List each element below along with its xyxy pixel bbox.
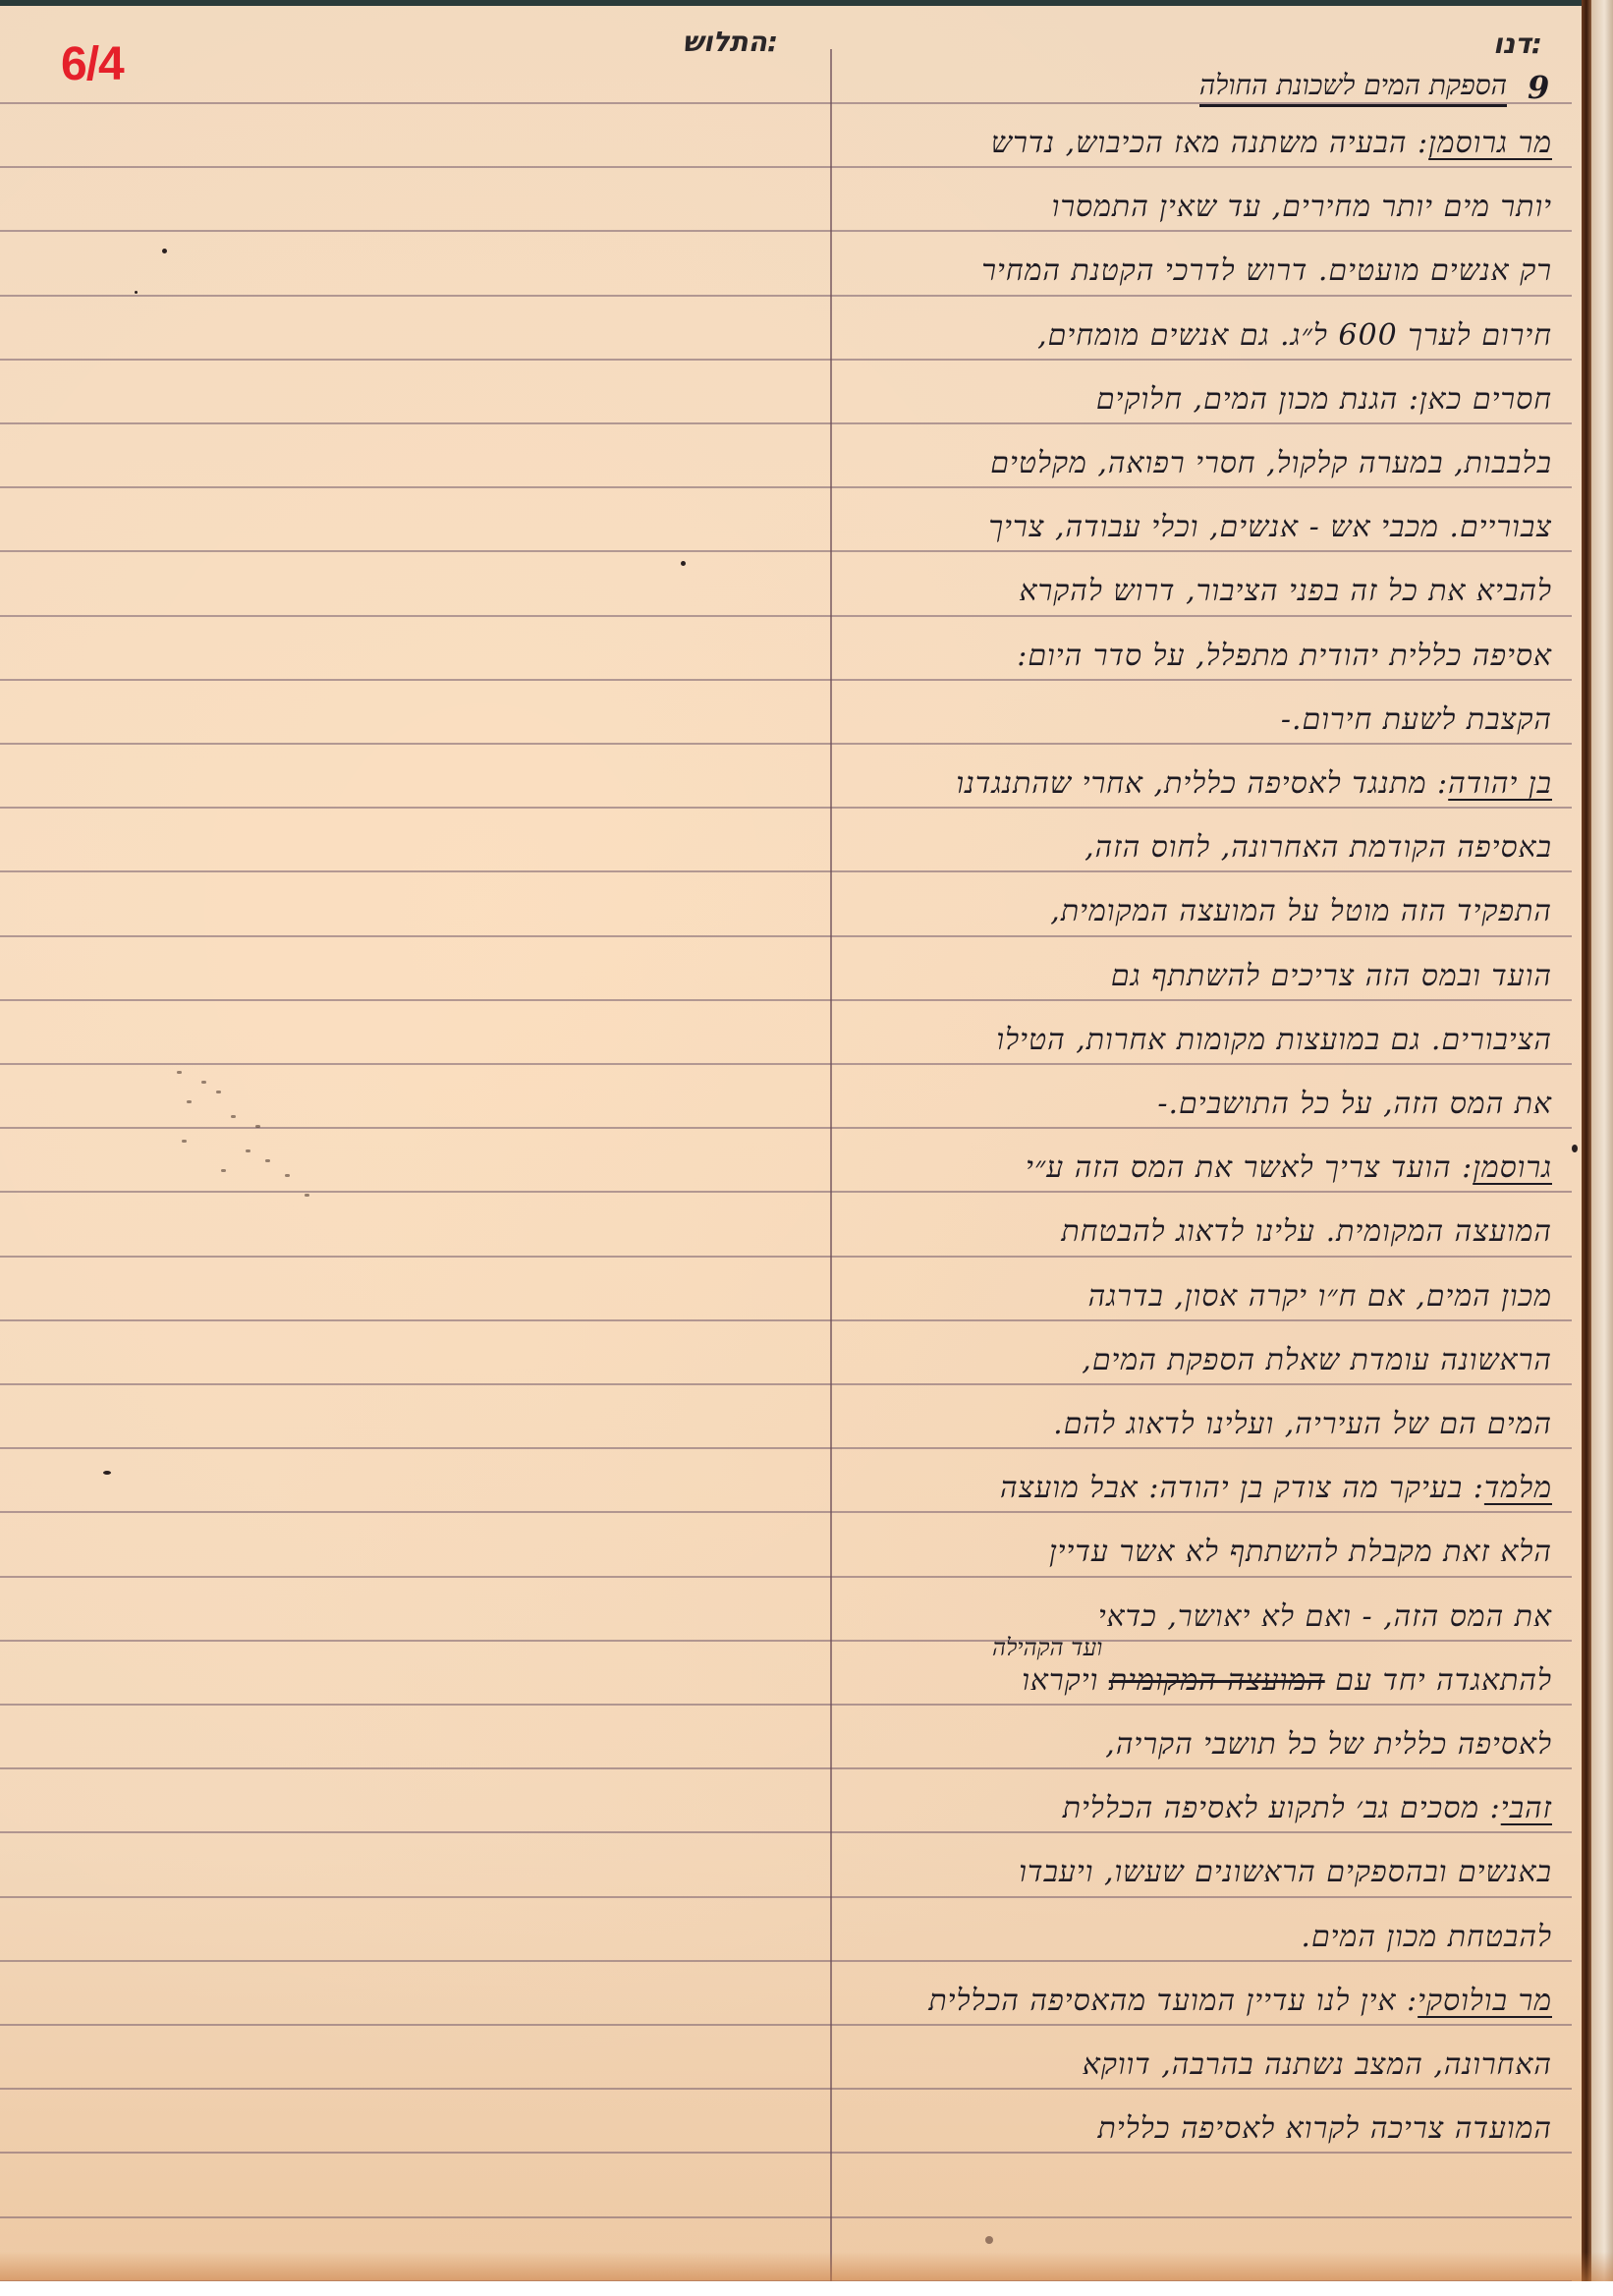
column-divider	[830, 49, 832, 2281]
line-text: המועצה המקומית. עלינו לדאוג להבטחת	[1061, 1214, 1552, 1249]
line-text: בלבבות, במערה קלקול, חסרי רפואה, מקלטים	[990, 446, 1552, 480]
ruled-line	[0, 1831, 1572, 1833]
ruled-line	[0, 999, 1572, 1001]
inserted-correction: ועד הקהילה	[992, 1634, 1102, 1662]
agenda-item-title: הספקת המים לשכונת החולה	[1199, 69, 1507, 107]
line-text: המועדה צריכה לקרוא לאסיפה כללית	[1098, 2111, 1552, 2146]
minutes-line: להביא את כל זה בפני הציבור, דרוש להקרא	[1019, 574, 1552, 608]
line-text: לאסיפה כללית של כל תושבי הקריה,	[1105, 1727, 1552, 1762]
ruled-line	[0, 1447, 1572, 1449]
ruled-line	[0, 1640, 1572, 1642]
ruled-line	[0, 486, 1572, 488]
binding-edge	[1591, 0, 1613, 2281]
ruled-line	[0, 359, 1572, 361]
minutes-line: התפקיד הזה מוטל על המועצה המקומית,	[1050, 894, 1552, 928]
ruled-line	[0, 1896, 1572, 1898]
line-text: להתאגדה יחד עם	[1325, 1663, 1552, 1698]
speaker-name: מר גרוסמן	[1428, 126, 1552, 160]
minutes-line: הלא זאת מקבלת להשתתף לא אשר עדיין	[1049, 1535, 1552, 1569]
notebook-spine	[1582, 0, 1591, 2281]
line-text: באסיפה הקודמת האחרונה, לחוס הזה,	[1085, 830, 1552, 865]
speaker-name: זהבי	[1501, 1791, 1552, 1825]
ruled-line	[0, 935, 1572, 937]
minutes-line: המים הם של העיריה, ועלינו לדאוג להם.	[1053, 1407, 1552, 1441]
line-text: את המס הזה, על כל התושבים.-	[1157, 1087, 1552, 1121]
ruled-line	[0, 743, 1572, 745]
minutes-line: חירום לערך 600 ל״ג. גם אנשים מומחים,	[1037, 318, 1552, 353]
line-text: חירום לערך 600 ל״ג. גם אנשים מומחים,	[1037, 318, 1552, 353]
ink-speck	[162, 249, 167, 253]
ruled-line	[0, 295, 1572, 297]
ink-speck	[135, 291, 138, 294]
line-text: האחרונה, המצב נשתנה בהרבה, דווקא	[1083, 2047, 1552, 2082]
line-text: : מתנגד לאסיפה כללית, אחרי שהתנגדנו	[956, 766, 1448, 801]
scan-top-edge	[0, 0, 1613, 6]
ink-speck	[985, 2236, 993, 2244]
minutes-line: מכון המים, אם ח״ו יקרה אסון, בדרגה	[1088, 1279, 1552, 1314]
minutes-line: באנשים ובהספקים הראשונים שעשו, ויעבדו	[1019, 1855, 1552, 1889]
line-text: יותר מים יותר מחירים, עד שאין התמסרו	[1052, 190, 1552, 224]
struck-out-text: המועצה המקומית	[1109, 1663, 1325, 1698]
ruled-line	[0, 807, 1572, 809]
ruled-line	[0, 1960, 1572, 1962]
line-text: הועד ובמס הזה צריכים להשתתף גם	[1111, 959, 1552, 993]
ruled-line	[0, 1576, 1572, 1578]
line-text: חסרים כאן: הגנת מכון המים, חלוקים	[1096, 382, 1552, 417]
line-text: : מסכים גב׳ לתקוע לאסיפה הכללית	[1063, 1791, 1501, 1825]
ruled-line	[0, 1256, 1572, 1258]
page-label: 6/4	[61, 37, 124, 91]
minutes-line: הראשונה עומדת שאלת הספקת המים,	[1082, 1343, 1552, 1377]
ink-speck	[681, 561, 686, 566]
line-text: אסיפה כללית יהודית מתפלל, על סדר היום:	[1017, 639, 1552, 673]
agenda-item-number: 9	[1528, 69, 1549, 106]
minutes-line: רק אנשים מועטים. דרוש לדרכי הקטנת המחיר	[981, 253, 1552, 288]
line-text: באנשים ובהספקים הראשונים שעשו, ויעבדו	[1019, 1855, 1552, 1889]
line-text: להבטחת מכון המים.	[1301, 1920, 1552, 1954]
ruled-line	[0, 1511, 1572, 1513]
minutes-line: מר בולוסקי: אין לנו עדיין המועד מהאסיפה …	[928, 1984, 1552, 2018]
minutes-line: את המס הזה, על כל התושבים.-	[1157, 1087, 1552, 1121]
ink-speck	[103, 1471, 111, 1475]
minutes-line: האחרונה, המצב נשתנה בהרבה, דווקא	[1083, 2047, 1552, 2082]
line-text: הציבורים. גם במועצות מקומות אחרות, הטילו	[996, 1023, 1552, 1057]
minutes-line: בן יהודה: מתנגד לאסיפה כללית, אחרי שהתנג…	[956, 766, 1552, 801]
line-text: : בעיקר מה צודק בן יהודה: אבל מועצה	[1000, 1471, 1484, 1505]
ruled-line	[0, 615, 1572, 617]
line-text: : הבעיה משתנה מאז הכיבוש, נדרש	[991, 126, 1428, 160]
speaker-name: בן יהודה	[1448, 766, 1552, 801]
ruled-line	[0, 2216, 1572, 2218]
ink-speck-cluster	[147, 1061, 344, 1218]
ruled-line	[0, 1383, 1572, 1385]
ruled-line	[0, 1767, 1572, 1769]
line-text: : הועד צריך לאשר את המס הזה ע״י	[1026, 1150, 1473, 1185]
minutes-line: את המס הזה, - ואם לא יאושר, כדאי	[1098, 1599, 1552, 1634]
line-text: ויקראו	[1022, 1663, 1109, 1698]
ruled-line	[0, 679, 1572, 681]
minutes-line: המועצה המקומית. עלינו לדאוג להבטחת	[1061, 1214, 1552, 1249]
ruled-line	[0, 550, 1572, 552]
minutes-line: לאסיפה כללית של כל תושבי הקריה,	[1105, 1727, 1552, 1762]
ruled-line	[0, 422, 1572, 424]
minutes-line: גרוסמן: הועד צריך לאשר את המס הזה ע״י	[1026, 1150, 1552, 1185]
ruled-line	[0, 2024, 1572, 2026]
ink-speck	[1572, 1145, 1578, 1152]
line-text: להביא את כל זה בפני הציבור, דרוש להקרא	[1019, 574, 1552, 608]
minutes-line: יותר מים יותר מחירים, עד שאין התמסרו	[1052, 190, 1552, 224]
minutes-line: מר גרוסמן: הבעיה משתנה מאז הכיבוש, נדרש	[991, 126, 1552, 160]
line-text: צבוריים. מכבי אש - אנשים, וכלי עבודה, צר…	[988, 510, 1552, 544]
minutes-line: הקצבת לשעת חירום.-	[1281, 702, 1552, 737]
line-text: הקצבת לשעת חירום.-	[1281, 702, 1552, 737]
line-text: את המס הזה, - ואם לא יאושר, כדאי	[1098, 1599, 1552, 1634]
line-text: התפקיד הזה מוטל על המועצה המקומית,	[1050, 894, 1552, 928]
notebook-page: 6/4 :התלוש :דנו 9 הספקת המים לשכונת החול…	[0, 0, 1613, 2281]
ruled-line	[0, 870, 1572, 872]
minutes-line: הציבורים. גם במועצות מקומות אחרות, הטילו	[996, 1023, 1552, 1057]
minutes-line: בלבבות, במערה קלקול, חסרי רפואה, מקלטים	[990, 446, 1552, 480]
right-column-header: :דנו	[1493, 28, 1542, 60]
ruled-line	[0, 1704, 1572, 1706]
ruled-line	[0, 1319, 1572, 1321]
ruled-line	[0, 230, 1572, 232]
ruled-line	[0, 2152, 1572, 2154]
minutes-line: צבוריים. מכבי אש - אנשים, וכלי עבודה, צר…	[988, 510, 1552, 544]
minutes-line: באסיפה הקודמת האחרונה, לחוס הזה,	[1085, 830, 1552, 865]
line-text: : אין לנו עדיין המועד מהאסיפה הכללית	[928, 1984, 1418, 2018]
minutes-line: המועדה צריכה לקרוא לאסיפה כללית	[1098, 2111, 1552, 2146]
line-text: הלא זאת מקבלת להשתתף לא אשר עדיין	[1049, 1535, 1552, 1569]
speaker-name: מר בולוסקי	[1418, 1984, 1552, 2018]
line-text: רק אנשים מועטים. דרוש לדרכי הקטנת המחיר	[981, 253, 1552, 288]
ruled-line	[0, 2280, 1572, 2281]
minutes-line: להתאגדה יחד עם המועצה המקומית ויקראו	[1022, 1663, 1552, 1698]
left-column-header: :התלוש	[683, 26, 778, 58]
speaker-name: מלמד	[1484, 1471, 1552, 1505]
speaker-name: גרוסמן	[1473, 1150, 1552, 1185]
ruled-line	[0, 2088, 1572, 2090]
line-text: הראשונה עומדת שאלת הספקת המים,	[1082, 1343, 1552, 1377]
minutes-line: מלמד: בעיקר מה צודק בן יהודה: אבל מועצה	[1000, 1471, 1552, 1505]
line-text: המים הם של העיריה, ועלינו לדאוג להם.	[1053, 1407, 1552, 1441]
minutes-line: להבטחת מכון המים.	[1301, 1920, 1552, 1954]
minutes-line: הועד ובמס הזה צריכים להשתתף גם	[1111, 959, 1552, 993]
minutes-line: חסרים כאן: הגנת מכון המים, חלוקים	[1096, 382, 1552, 417]
minutes-line: זהבי: מסכים גב׳ לתקוע לאסיפה הכללית	[1063, 1791, 1552, 1825]
ruled-line	[0, 166, 1572, 168]
minutes-line: אסיפה כללית יהודית מתפלל, על סדר היום:	[1017, 639, 1552, 673]
line-text: מכון המים, אם ח״ו יקרה אסון, בדרגה	[1088, 1279, 1552, 1314]
